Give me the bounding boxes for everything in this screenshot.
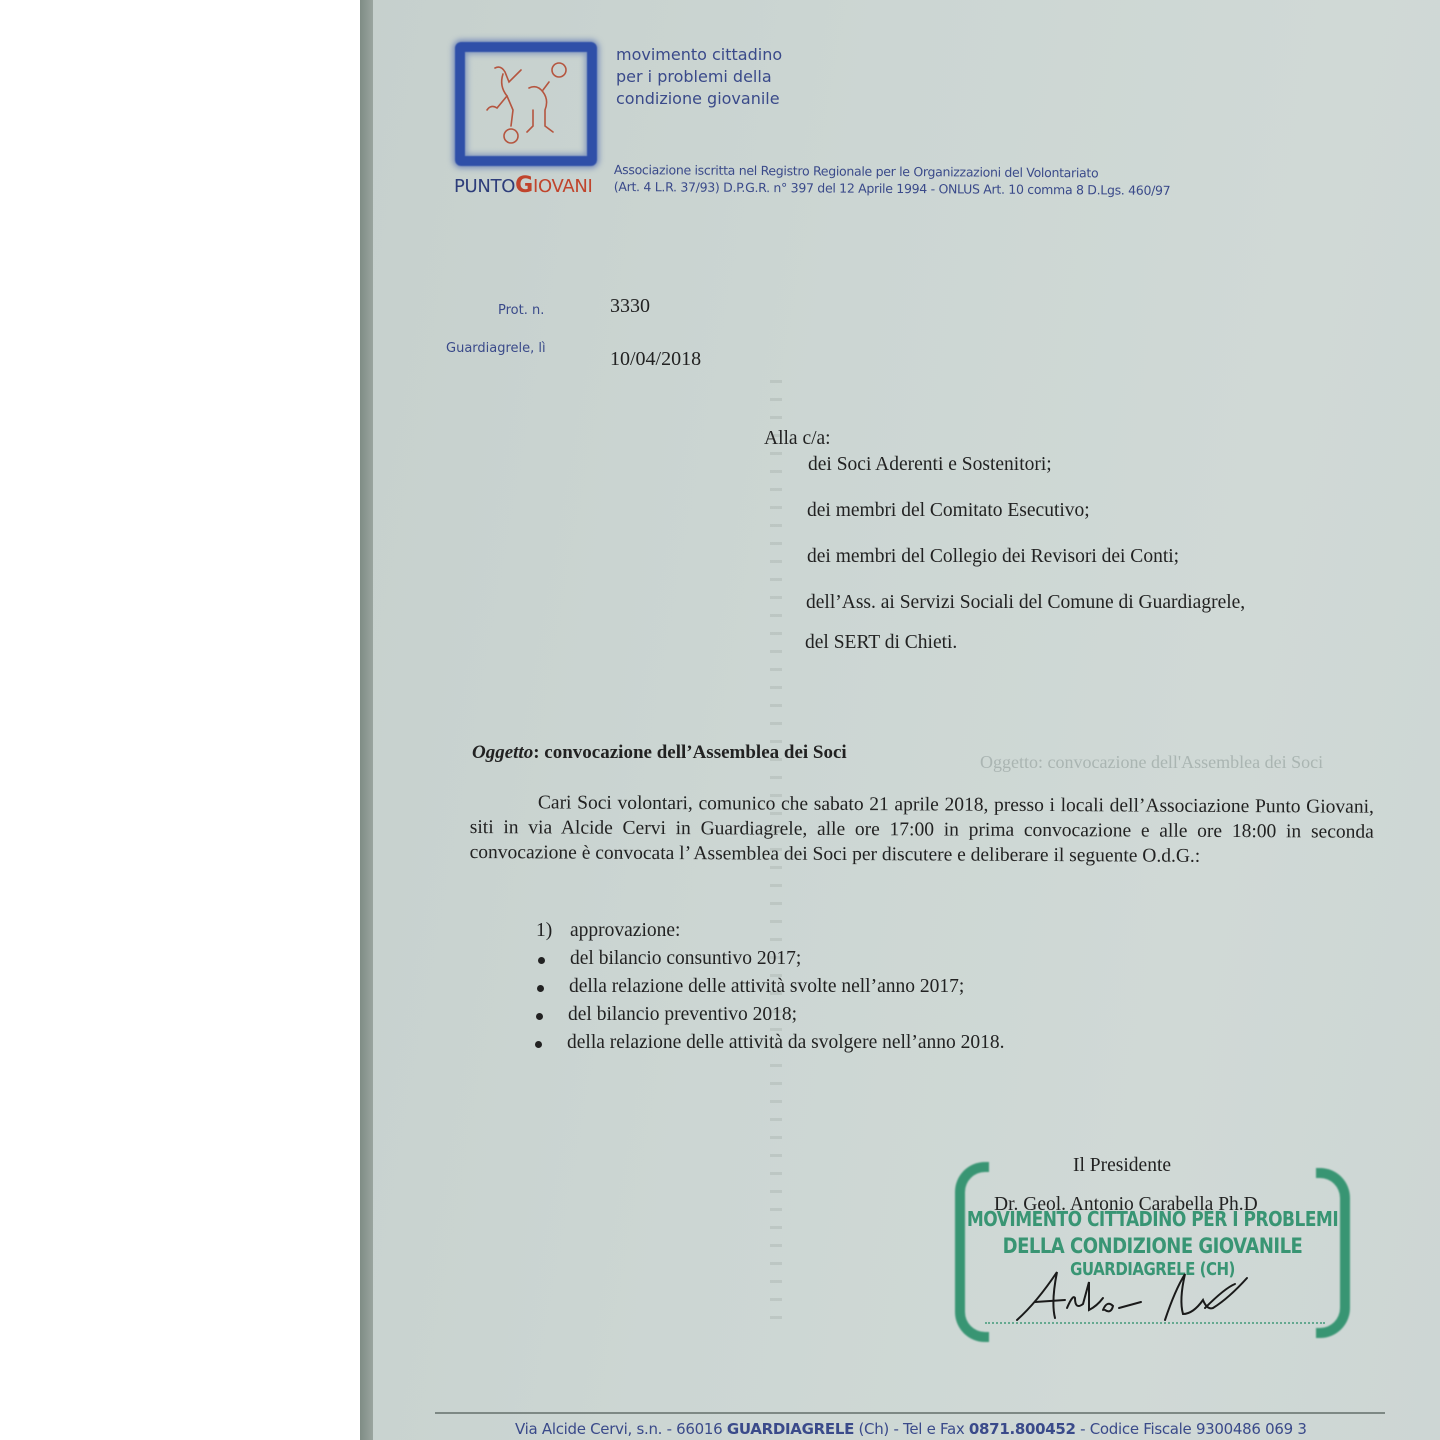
logo-word-g: G	[515, 173, 533, 198]
agenda-item-text: della relazione delle attività svolte ne…	[569, 976, 964, 998]
registration-info: Associazione iscritta nel Registro Regio…	[614, 161, 1171, 199]
agenda-heading: 1) approvazione:	[536, 920, 680, 942]
tagline-line: movimento cittadino	[616, 44, 782, 66]
agenda-number: 1)	[536, 920, 570, 942]
recipient-item: dei membri del Collegio dei Revisori dei…	[807, 546, 1179, 568]
logo-word-prefix: PUNTO	[454, 176, 515, 197]
agenda-heading-text: approvazione:	[570, 920, 680, 942]
recipients-title: Alla c/a:	[764, 428, 831, 450]
signer-name: Dr. Geol. Antonio Carabella Ph.D	[994, 1194, 1258, 1216]
subject-label: Oggetto	[472, 742, 533, 763]
bullet-icon	[536, 1013, 543, 1020]
place-label: Guardiagrele, lì	[446, 341, 546, 356]
footer-province: (Ch) - Tel e Fax	[854, 1420, 969, 1438]
recipient-item: dell’Ass. ai Servizi Sociali del Comune …	[806, 592, 1245, 614]
prot-value: 3330	[610, 295, 650, 318]
agenda-item-text: del bilancio consuntivo 2017;	[570, 948, 801, 970]
handwritten-signature-icon	[1015, 1268, 1265, 1328]
agenda-item-text: del bilancio preventivo 2018;	[568, 1004, 797, 1026]
footer-phone: 0871.800452	[969, 1420, 1076, 1438]
registration-line: (Art. 4 L.R. 37/93) D.P.G.R. n° 397 del …	[614, 178, 1171, 199]
subject-text: : convocazione dell’Assemblea dei Soci	[533, 742, 846, 763]
agenda-item: della relazione delle attività da svolge…	[533, 1032, 1005, 1054]
logo-word-suffix: IOVANI	[533, 176, 593, 197]
recipient-item: dei membri del Comitato Esecutivo;	[807, 500, 1090, 522]
footer-city: GUARDIAGRELE	[727, 1420, 854, 1438]
stamp-line: DELLA CONDIZIONE GIOVANILE	[955, 1234, 1350, 1259]
agenda-item-text: della relazione delle attività da svolge…	[567, 1032, 1005, 1054]
agenda-item: della relazione delle attività svolte ne…	[535, 976, 964, 998]
bullet-icon	[535, 1041, 542, 1048]
org-tagline: movimento cittadino per i problemi della…	[616, 44, 782, 110]
footer-tax-code: - Codice Fiscale 9300486 069 3	[1076, 1420, 1307, 1438]
agenda-item: del bilancio consuntivo 2017;	[536, 948, 801, 970]
recipient-item: del SERT di Chieti.	[805, 632, 957, 654]
subject-line: Oggetto: convocazione dell’Assemblea dei…	[472, 742, 847, 764]
body-paragraph: Cari Soci volontari, comunico che sabato…	[470, 790, 1374, 870]
agenda-item: del bilancio preventivo 2018;	[534, 1004, 797, 1026]
recipient-item: dei Soci Aderenti e Sostenitori;	[808, 454, 1052, 476]
letter-body: Cari Soci volontari, comunico che sabato…	[470, 790, 1374, 870]
letter-page: PUNTOGIOVANI movimento cittadino per i p…	[360, 0, 1440, 1440]
date-value: 10/04/2018	[610, 348, 701, 371]
children-playing-icon	[473, 60, 579, 148]
bullet-icon	[537, 985, 544, 992]
bleed-through-text: Oggetto: convocazione dell'Assemblea dei…	[980, 752, 1323, 773]
bullet-icon	[538, 957, 545, 964]
punto-giovani-logo	[455, 42, 597, 166]
paper-edge	[360, 0, 373, 1440]
footer-contact: Via Alcide Cervi, s.n. - 66016 GUARDIAGR…	[515, 1420, 1307, 1438]
footer-address: Via Alcide Cervi, s.n. - 66016	[515, 1420, 727, 1438]
tagline-line: condizione giovanile	[616, 88, 782, 110]
tagline-line: per i problemi della	[616, 66, 782, 88]
logo-wordmark: PUNTOGIOVANI	[454, 173, 593, 198]
prot-label: Prot. n.	[498, 303, 544, 318]
footer-rule	[435, 1412, 1385, 1414]
